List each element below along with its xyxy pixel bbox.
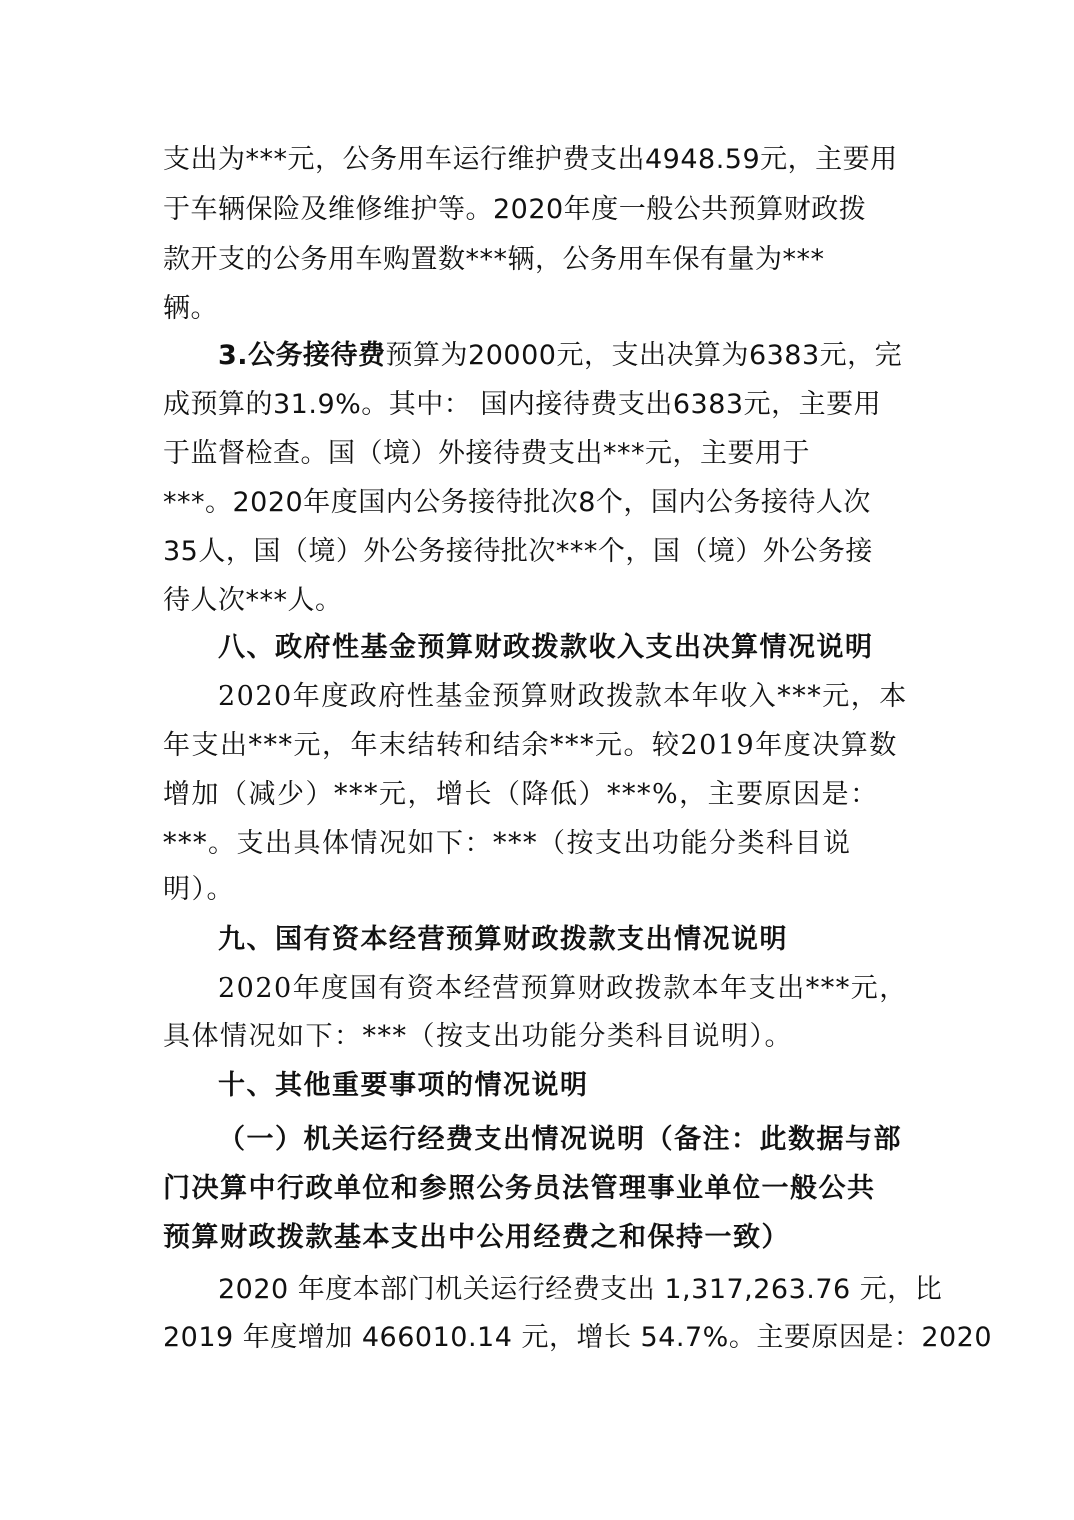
section-heading: 九、国有资本经营预算财政拨款支出情况说明 — [218, 920, 788, 960]
text-line: 增加（减少）***元，增长（降低）***%，主要原因是： — [163, 775, 879, 815]
text-line: 明）。 — [163, 870, 235, 910]
text-line: 2020年度国有资本经营预算财政拨款本年支出***元， — [218, 969, 908, 1009]
subsection-heading: 预算财政拨款基本支出中公用经费之和保持一致） — [163, 1218, 790, 1258]
subsection-heading: （一）机关运行经费支出情况说明（备注：此数据与部 — [218, 1120, 902, 1160]
text-line: 35人，国（境）外公务接待批次***个，国（境）外公务接 — [163, 532, 873, 572]
text-line: 2020 年度本部门机关运行经费支出 1,317,263.76 元，比 — [218, 1270, 942, 1310]
text-line: 支出为***元，公务用车运行维护费支出4948.59元，主要用 — [163, 140, 898, 180]
section-heading: 八、政府性基金预算财政拨款收入支出决算情况说明 — [218, 628, 874, 668]
text-line: ***。2020年度国内公务接待批次8个，国内公务接待人次 — [163, 483, 871, 523]
text-line: 款开支的公务用车购置数***辆，公务用车保有量为*** — [163, 240, 825, 280]
text-line: 年支出***元，年末结转和结余***元。较2019年度决算数 — [163, 726, 898, 766]
item-label-reception: 3.公务接待费 — [218, 340, 386, 371]
text-line: 具体情况如下：***（按支出功能分类科目说明）。 — [163, 1017, 793, 1057]
document-page: 支出为***元，公务用车运行维护费支出4948.59元，主要用 于车辆保险及维修… — [0, 0, 1074, 1520]
reception-budget-text: 预算为20000元，支出决算为6383元，完 — [386, 340, 903, 371]
text-line: 于监督检查。国（境）外接待费支出***元，主要用于 — [163, 434, 810, 474]
text-line: 辆。 — [163, 289, 218, 329]
text-line: 于车辆保险及维修维护等。2020年度一般公共预算财政拨 — [163, 190, 866, 230]
section-heading: 十、其他重要事项的情况说明 — [218, 1066, 589, 1106]
text-line: ***。支出具体情况如下：***（按支出功能分类科目说 — [163, 824, 852, 864]
text-line: 成预算的31.9%。其中： 国内接待费支出6383元，主要用 — [163, 385, 881, 425]
text-line: 2019 年度增加 466010.14 元，增长 54.7%。主要原因是：202… — [163, 1318, 992, 1358]
text-line: 2020年度政府性基金预算财政拨款本年收入***元，本 — [218, 677, 908, 717]
subsection-heading: 门决算中行政单位和参照公务员法管理事业单位一般公共 — [163, 1169, 876, 1209]
text-line: 待人次***人。 — [163, 581, 343, 621]
text-line: 3.公务接待费预算为20000元，支出决算为6383元，完 — [218, 336, 902, 376]
